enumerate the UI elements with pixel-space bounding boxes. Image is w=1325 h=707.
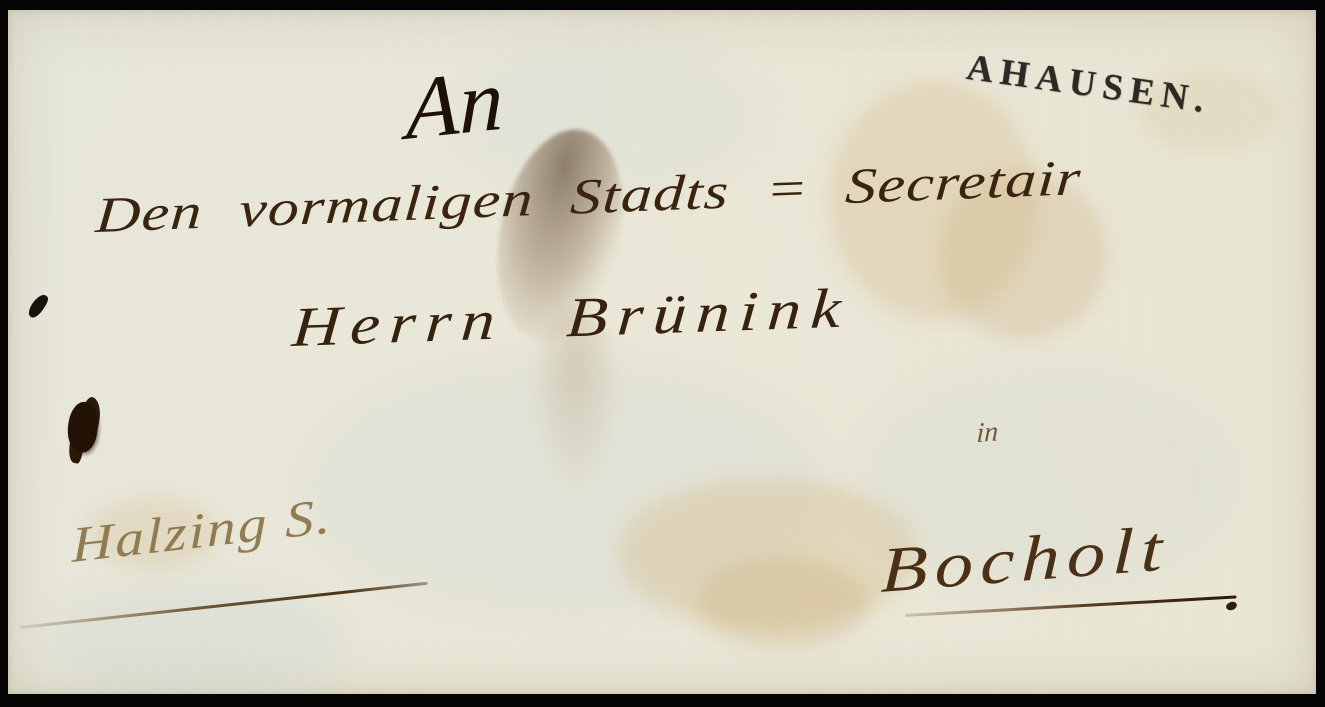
ink-blot-large — [64, 400, 102, 454]
water-stain — [618, 478, 918, 628]
notation-flourish-line — [20, 582, 428, 629]
address-line-name: Herrn Brünink — [290, 276, 853, 360]
address-line-title: Den vormaligen Stadts = Secretair — [94, 148, 1083, 244]
sender-notation: Halzing S. — [71, 486, 332, 574]
water-stain — [698, 558, 868, 648]
paper-tone-patch — [48, 585, 348, 694]
postmark-ahausen: AHAUSEN. — [964, 46, 1214, 123]
paper-tone-patch — [308, 360, 828, 620]
ink-blot-small — [26, 292, 51, 320]
address-destination: Bocholt — [880, 511, 1170, 608]
address-salutation: An — [406, 49, 503, 161]
address-preposition: in — [976, 416, 999, 450]
letter-cover: AHAUSEN. An Den vormaligen Stadts = Secr… — [8, 10, 1316, 694]
underline-ink-blob — [1225, 600, 1238, 611]
photo-frame: AHAUSEN. An Den vormaligen Stadts = Secr… — [0, 0, 1325, 707]
